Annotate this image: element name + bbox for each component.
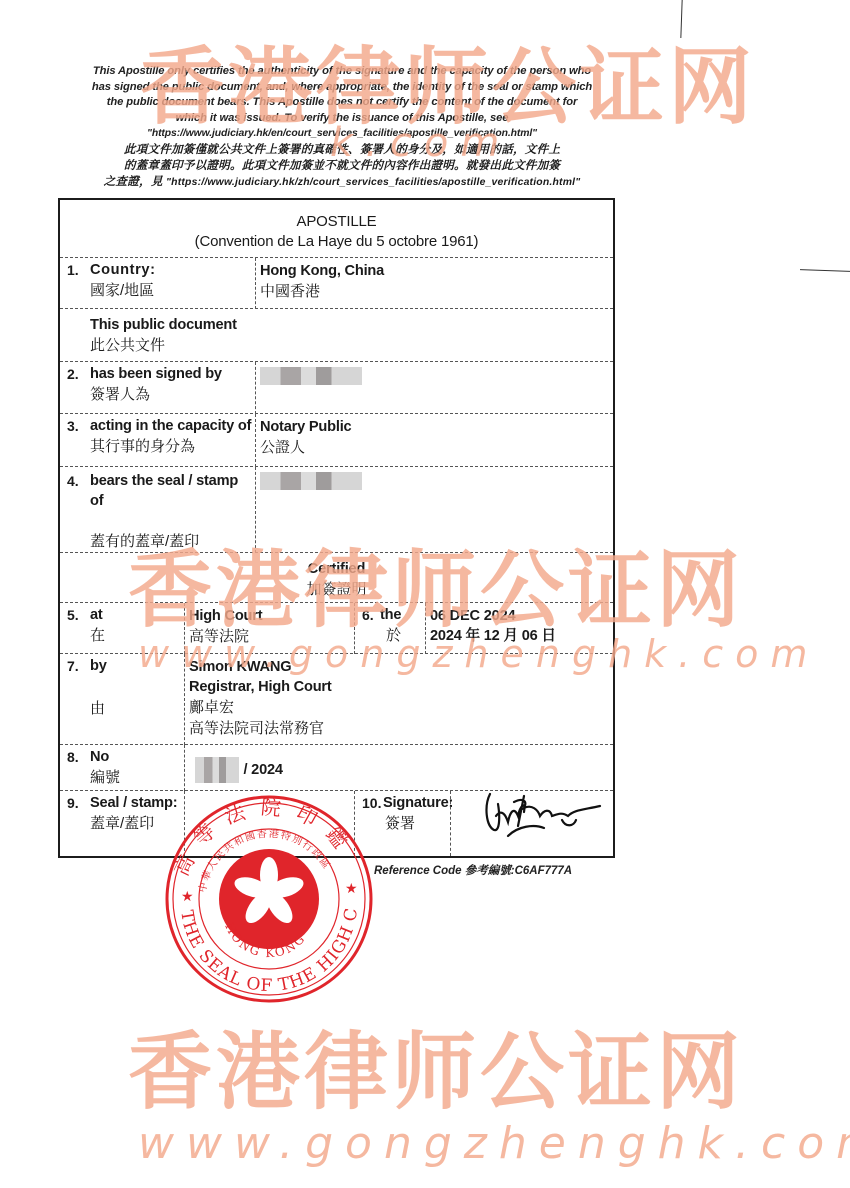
row-number: 8. (67, 749, 79, 765)
seal-of-label-zh: 蓋有的蓋章/蓋印 (90, 531, 255, 552)
signed-by-label-en: has been signed by (90, 364, 222, 384)
row-country: 1. Country: 國家/地區 Hong Kong, China 中國香港 (60, 257, 613, 309)
apostille-certificate: APOSTILLE (Convention de La Haye du 5 oc… (58, 198, 615, 858)
signature-label-en: Signature: (383, 793, 453, 813)
no-label-en: No (90, 747, 120, 767)
at-value-zh: 高等法院 (189, 626, 354, 647)
notice-en-line: This Apostille only certifies the authen… (62, 64, 622, 80)
date-value-zh: 2024 年 12 月 06 日 (430, 626, 613, 646)
at-label-zh: 在 (90, 625, 105, 646)
registrar-title-en: Registrar, High Court (189, 677, 613, 697)
country-label-en: Country: (90, 260, 156, 280)
reference-code-value: C6AF777A (515, 865, 573, 877)
reference-code: Reference Code 參考編號:C6AF777A (374, 862, 572, 878)
watermark-url: www.gongzhenghk.com (138, 1118, 850, 1169)
notice-en-url: "https://www.judiciary.hk/en/court_servi… (62, 126, 622, 142)
row-capacity: 3. acting in the capacity of 其行事的身分為 Not… (60, 413, 613, 467)
by-label-en: by (90, 656, 107, 676)
apostille-subtitle: (Convention de La Haye du 5 octobre 1961… (60, 232, 613, 252)
apostille-notice: This Apostille only certifies the authen… (62, 64, 622, 191)
row-number: 3. (67, 418, 79, 434)
row-number: 7. (67, 658, 79, 674)
row-number: 9. (67, 795, 79, 811)
notice-en-line: has signed the public document, and, whe… (62, 80, 622, 96)
notice-en-line: the public document bears. This Apostill… (62, 95, 622, 111)
seal-star-icon: ★ (345, 880, 358, 896)
scan-artifact-line (800, 269, 850, 272)
row-number: 1. (67, 262, 79, 278)
reference-code-label: Reference Code 參考編號: (374, 865, 515, 877)
signature-label-zh: 簽署 (383, 813, 453, 834)
row-public-document: This public document 此公共文件 (60, 308, 613, 362)
row-number: 4. (67, 473, 79, 489)
at-label-en: at (90, 605, 105, 625)
by-label-zh: 由 (90, 698, 107, 719)
row-by: 7. by 由 Simon KWANG Registrar, High Cour… (60, 653, 613, 745)
public-document-en: This public document (90, 315, 237, 335)
capacity-label-en: acting in the capacity of (90, 416, 251, 436)
date-label-zh: 於 (380, 625, 401, 646)
high-court-seal: 高等法院印鑑 中華人民共和國香港特別行政區 HONG KONG THE SEAL… (163, 793, 375, 1005)
at-value-en: High Court (189, 606, 354, 626)
country-value-zh: 中國香港 (260, 281, 613, 302)
notice-zh-line: 此項文件加簽僅就公共文件上簽署的真確性、簽署人的身分及，如適用的話，文件上 (62, 142, 622, 158)
capacity-label-zh: 其行事的身分為 (90, 436, 251, 457)
signed-by-label-zh: 簽署人為 (90, 384, 222, 405)
apostille-header: APOSTILLE (Convention de La Haye du 5 oc… (60, 200, 613, 257)
date-label-en: the (380, 605, 401, 625)
country-value-en: Hong Kong, China (260, 261, 613, 281)
certified-en: Certified (60, 553, 613, 579)
row-number: 5. (67, 607, 79, 623)
row-number-no: 8. No 編號 / 2024 (60, 744, 613, 791)
certified-zh: 加簽證明 (60, 579, 613, 600)
row-at-date: 5. at 在 High Court 高等法院 6. the 於 06 DEC … (60, 602, 613, 654)
registrar-name-zh: 鄺卓宏 (189, 697, 613, 718)
notice-zh-url: "https://www.judiciary.hk/zh/court_servi… (166, 177, 580, 188)
scan-artifact-line (680, 0, 682, 38)
seal-of-redacted (260, 472, 362, 490)
notice-zh-line: 的蓋章蓋印予以證明。此項文件加簽並不就文件的內容作出證明。就發出此文件加簽 (62, 158, 622, 174)
registrar-signature (478, 786, 608, 846)
registrar-name-en: Simon KWANG (189, 657, 613, 677)
registrar-title-zh: 高等法院司法常務官 (189, 718, 613, 739)
row-number: 2. (67, 366, 79, 382)
apostille-title: APOSTILLE (60, 200, 613, 232)
capacity-value-zh: 公證人 (260, 437, 613, 458)
date-value-en: 06 DEC 2024 (430, 606, 613, 626)
apostille-number-year: / 2024 (243, 762, 282, 778)
row-certified: Certified 加簽證明 (60, 552, 613, 603)
no-label-zh: 編號 (90, 767, 120, 788)
seal-star-icon: ★ (181, 888, 194, 904)
apostille-number-redacted (195, 757, 239, 783)
notice-en-line: which it was issued. To verify the issua… (62, 111, 622, 127)
country-label-zh: 國家/地區 (90, 280, 156, 301)
notice-zh-prefix: 之查證，見 (104, 175, 163, 188)
row-seal-of: 4. bears the seal / stamp of 蓋有的蓋章/蓋印 (60, 466, 613, 553)
capacity-value-en: Notary Public (260, 417, 613, 437)
seal-of-label-en: bears the seal / stamp of (90, 471, 255, 511)
row-signed-by: 2. has been signed by 簽署人為 (60, 361, 613, 414)
signer-name-redacted (260, 367, 362, 385)
row-number: 6. (362, 607, 374, 623)
watermark-title: 香港律师公证网 (128, 1005, 744, 1126)
public-document-zh: 此公共文件 (90, 335, 237, 356)
